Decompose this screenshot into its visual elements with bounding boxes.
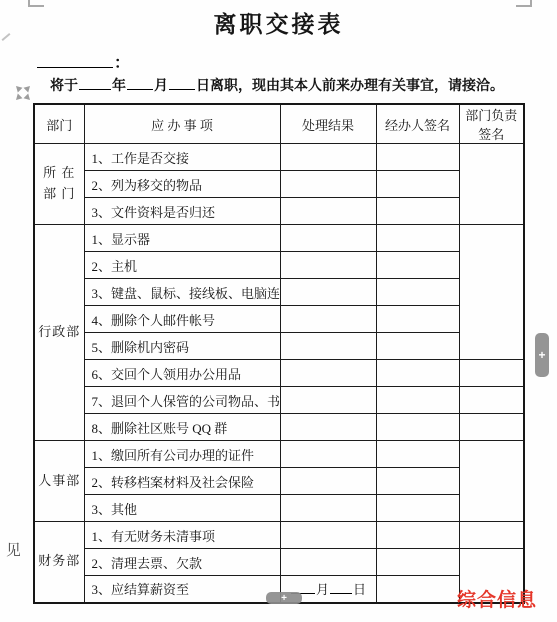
table-resize-handle-bottom[interactable]: + — [266, 592, 302, 604]
watermark-label: 综合信息 — [457, 585, 537, 612]
table-resize-handle-right[interactable]: + — [535, 333, 549, 377]
result-cell — [280, 495, 376, 522]
result-cell — [280, 387, 376, 414]
intro-sentence: 将于年月日离职，现由其本人前来办理有关事宜，请接洽。 — [50, 75, 504, 95]
result-cell — [280, 144, 376, 171]
table-move-icon[interactable] — [13, 83, 33, 103]
table-row: 7、退回个人保管的公司物品、书籍 — [34, 387, 524, 414]
agent-signature-cell — [376, 387, 459, 414]
result-cell — [280, 522, 376, 549]
table-row: 6、交回个人领用办公用品 — [34, 360, 524, 387]
table-row: 8、删除社区账号 QQ 群 — [34, 414, 524, 441]
task-item-cell: 2、列为移交的物品 — [84, 171, 280, 198]
result-cell — [280, 171, 376, 198]
result-cell — [280, 279, 376, 306]
head-signature-cell — [459, 387, 524, 414]
head-signature-cell — [459, 441, 524, 522]
agent-signature-cell — [376, 144, 459, 171]
agent-signature-cell — [376, 279, 459, 306]
table-row: 2、列为移交的物品 — [34, 171, 524, 198]
task-item-cell: 2、主机 — [84, 252, 280, 279]
agent-signature-cell — [376, 333, 459, 360]
column-header: 部门 — [34, 104, 84, 144]
plus-icon: + — [281, 593, 287, 604]
department-cell: 所 在 部 门 — [34, 144, 84, 225]
text-segment: 日 — [353, 582, 366, 597]
head-signature-cell — [459, 360, 524, 387]
task-item-cell: 3、应结算薪资至 — [84, 576, 280, 603]
blank-underline — [169, 76, 195, 90]
agent-signature-cell — [376, 198, 459, 225]
agent-signature-cell — [376, 171, 459, 198]
blank-underline — [127, 76, 153, 90]
department-cell: 财务部 — [34, 522, 84, 603]
clipped-text-artifact: 见 — [6, 539, 20, 559]
task-item-cell: 2、转移档案材料及社会保险 — [84, 468, 280, 495]
table-row: 所 在 部 门1、工作是否交接 — [34, 144, 524, 171]
table-row: 2、主机 — [34, 252, 524, 279]
result-cell — [280, 360, 376, 387]
handover-table: 部门应 办 事 项处理结果经办人签名部门负责签名所 在 部 门1、工作是否交接2… — [33, 103, 525, 604]
blank-underline — [37, 52, 113, 68]
result-cell — [280, 414, 376, 441]
task-item-cell: 1、有无财务未清事项 — [84, 522, 280, 549]
agent-signature-cell — [376, 522, 459, 549]
text-segment: ： — [114, 55, 130, 72]
result-cell — [280, 306, 376, 333]
task-item-cell: 8、删除社区账号 QQ 群 — [84, 414, 280, 441]
agent-signature-cell — [376, 441, 459, 468]
agent-signature-cell — [376, 576, 459, 603]
task-item-cell: 6、交回个人领用办公用品 — [84, 360, 280, 387]
task-item-cell: 3、其他 — [84, 495, 280, 522]
text-segment: 月 — [154, 77, 168, 93]
blank-underline — [79, 76, 111, 90]
result-cell — [280, 441, 376, 468]
agent-signature-cell — [376, 414, 459, 441]
department-cell: 行政部 — [34, 225, 84, 441]
task-item-cell: 3、文件资料是否归还 — [84, 198, 280, 225]
text-segment: 将于 — [50, 77, 78, 93]
task-item-cell: 1、工作是否交接 — [84, 144, 280, 171]
column-header: 处理结果 — [280, 104, 376, 144]
column-header: 经办人签名 — [376, 104, 459, 144]
head-signature-cell — [459, 522, 524, 549]
table-row: 2、转移档案材料及社会保险 — [34, 468, 524, 495]
blank-underline — [330, 580, 352, 594]
agent-signature-cell — [376, 252, 459, 279]
result-cell — [280, 549, 376, 576]
agent-signature-cell — [376, 495, 459, 522]
table-row: 2、清理去票、欠款 — [34, 549, 524, 576]
text-segment: 日离职，现由其本人前来办理有关事宜，请接洽。 — [196, 77, 504, 93]
task-item-cell: 2、清理去票、欠款 — [84, 549, 280, 576]
move-arrows-icon — [13, 83, 33, 103]
task-item-cell: 3、键盘、鼠标、接线板、电脑连线 — [84, 279, 280, 306]
result-cell — [280, 333, 376, 360]
task-item-cell: 7、退回个人保管的公司物品、书籍 — [84, 387, 280, 414]
table-row: 人事部1、缴回所有公司办理的证件 — [34, 441, 524, 468]
task-item-cell: 4、删除个人邮件帐号 — [84, 306, 280, 333]
head-signature-cell — [459, 414, 524, 441]
text-segment: 月 — [316, 582, 329, 597]
agent-signature-cell — [376, 360, 459, 387]
result-cell — [280, 198, 376, 225]
column-header: 部门负责签名 — [459, 104, 524, 144]
column-header: 应 办 事 项 — [84, 104, 280, 144]
department-cell: 人事部 — [34, 441, 84, 522]
head-signature-cell — [459, 144, 524, 225]
text-segment: 年 — [112, 77, 126, 93]
result-cell — [280, 468, 376, 495]
table-row: 3、其他 — [34, 495, 524, 522]
table-row: 5、删除机内密码 — [34, 333, 524, 360]
result-cell — [280, 225, 376, 252]
plus-icon: + — [538, 348, 545, 362]
salutation-line: ： — [36, 50, 130, 70]
table-row: 3、文件资料是否归还 — [34, 198, 524, 225]
table-row: 4、删除个人邮件帐号 — [34, 306, 524, 333]
agent-signature-cell — [376, 306, 459, 333]
agent-signature-cell — [376, 225, 459, 252]
table-row: 财务部1、有无财务未清事项 — [34, 522, 524, 549]
task-item-cell: 1、缴回所有公司办理的证件 — [84, 441, 280, 468]
task-item-cell: 5、删除机内密码 — [84, 333, 280, 360]
agent-signature-cell — [376, 549, 459, 576]
table-header-row: 部门应 办 事 项处理结果经办人签名部门负责签名 — [34, 104, 524, 144]
task-item-cell: 1、显示器 — [84, 225, 280, 252]
agent-signature-cell — [376, 468, 459, 495]
table-row: 行政部1、显示器 — [34, 225, 524, 252]
page-title: 离职交接表 — [0, 6, 557, 39]
result-cell — [280, 252, 376, 279]
table-row: 3、键盘、鼠标、接线板、电脑连线 — [34, 279, 524, 306]
head-signature-cell — [459, 225, 524, 360]
